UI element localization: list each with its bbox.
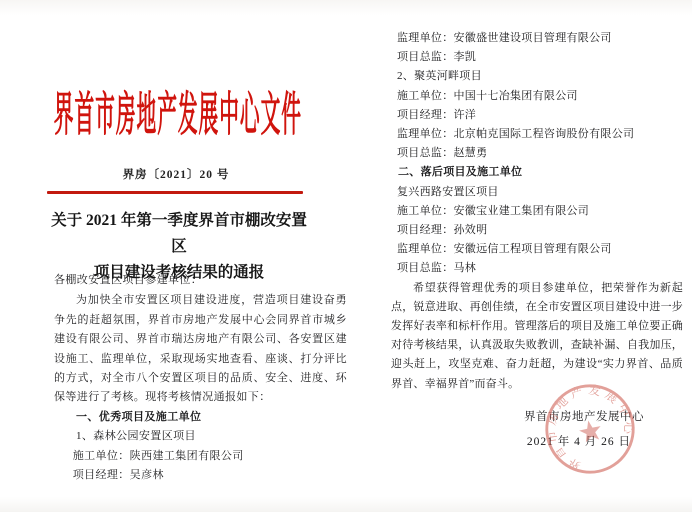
doc-line: 项目总监：李凯 xyxy=(391,48,683,67)
red-divider-rule xyxy=(47,191,303,194)
doc-line: 项目经理：孙效明 xyxy=(391,221,683,240)
doc-line: 项目总监：赵慧勇 xyxy=(391,144,683,163)
page-1-body: 各棚改安置区项目参建单位： 为加快全市安置区项目建设进度，营造项目建设奋勇争先的… xyxy=(54,271,347,485)
doc-number: 界房〔2021〕20 号 xyxy=(45,166,307,182)
section-2-heading: 二、落后项目及施工单位 xyxy=(391,163,683,182)
doc-line: 复兴西路安置区项目 xyxy=(391,183,683,202)
red-letterhead-title: 界首市房地产发展中心文件 xyxy=(54,78,298,145)
doc-line: 施工单位：陕西建工集团有限公司 xyxy=(54,447,347,466)
signature-org: 界首市房地产发展中心 xyxy=(391,408,683,427)
notice-title-line1: 关于 2021 年第一季度界首市棚改安置区 xyxy=(45,208,313,260)
doc-line: 2、聚英河畔项目 xyxy=(391,67,683,86)
section-1-heading: 一、优秀项目及施工单位 xyxy=(54,408,347,427)
doc-line: 监理单位：安徽远信工程项目管理有限公司 xyxy=(391,240,683,259)
doc-line: 1、森林公园安置区项目 xyxy=(54,427,347,446)
doc-line: 监理单位：北京帕克国际工程咨询股份有限公司 xyxy=(391,125,683,144)
page-1: 界首市房地产发展中心文件 界房〔2021〕20 号 关于 2021 年第一季度界… xyxy=(45,0,347,512)
doc-line: 施工单位：安徽宝业建工集团有限公司 xyxy=(391,202,683,221)
doc-line: 项目总监：马林 xyxy=(391,259,683,278)
page-2-body: 监理单位：安徽盛世建设项目管理有限公司 项目总监：李凯 2、聚英河畔项目 施工单… xyxy=(391,29,683,452)
closing-paragraph: 希望获得管理优秀的项目参建单位，把荣誉作为新起点，锐意进取、再创佳绩，在全市安置… xyxy=(391,279,683,394)
page-2: 监理单位：安徽盛世建设项目管理有限公司 项目总监：李凯 2、聚英河畔项目 施工单… xyxy=(391,0,687,512)
salutation: 各棚改安置区项目参建单位： xyxy=(54,271,347,290)
doc-line: 监理单位：安徽盛世建设项目管理有限公司 xyxy=(391,29,683,48)
doc-line: 项目经理：吴彦林 xyxy=(54,466,347,485)
signature-date: 2021 年 4 月 26 日 xyxy=(391,433,683,452)
doc-line: 项目经理：许洋 xyxy=(391,106,683,125)
doc-line: 施工单位：中国十七冶集团有限公司 xyxy=(391,87,683,106)
intro-paragraph: 为加快全市安置区项目建设进度，营造项目建设奋勇争先的赶超氛围，界首市房地产发展中… xyxy=(54,291,347,407)
document-scan: 界首市房地产发展中心文件 界房〔2021〕20 号 关于 2021 年第一季度界… xyxy=(0,0,692,512)
